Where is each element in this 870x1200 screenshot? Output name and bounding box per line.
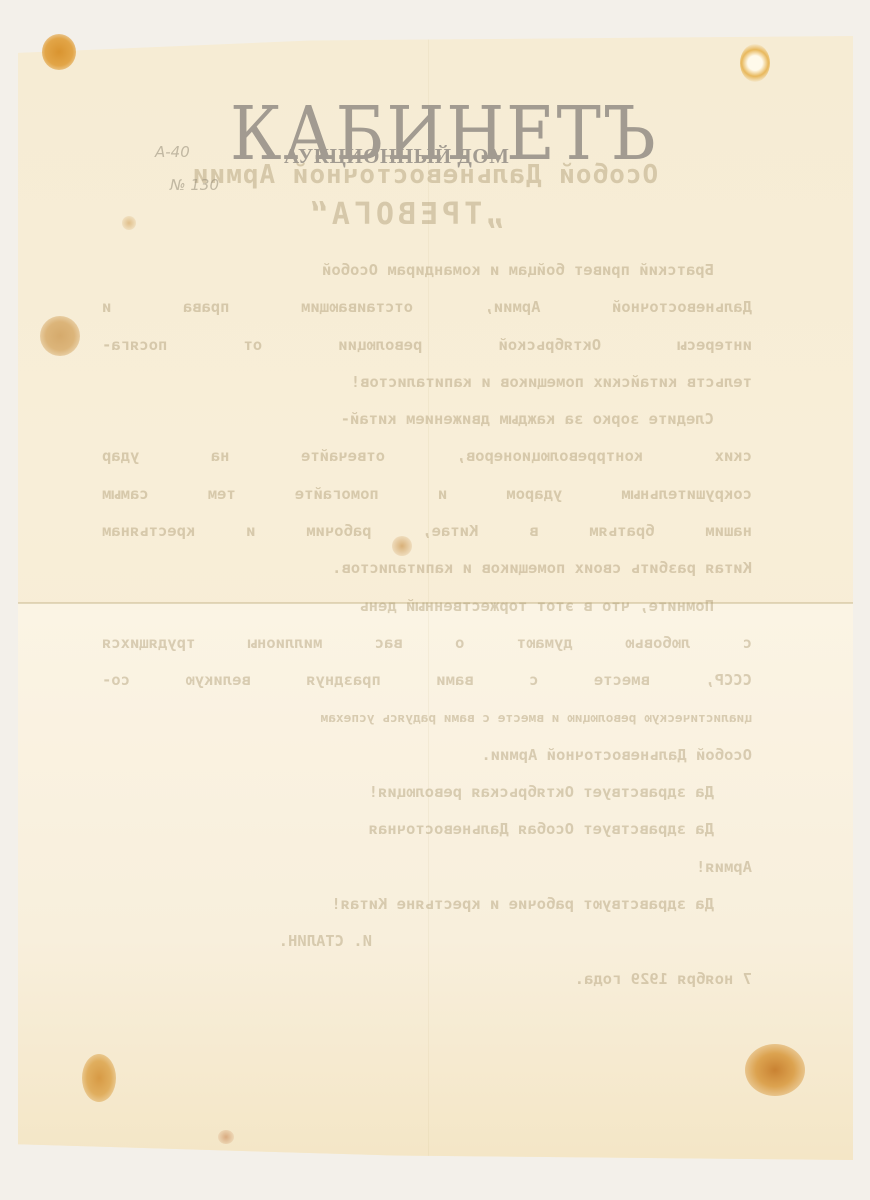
body-line: Армия! <box>102 849 752 886</box>
body-line: нашим братьям в Китае, рабочим и крестья… <box>102 513 752 550</box>
pencil-note-number: № 130 <box>170 176 219 194</box>
body-line: Следите зорко за каждым движением китай- <box>102 401 752 438</box>
body-line: Да здравствует Особая Дальневосточная <box>102 811 752 848</box>
body-line: с любовью думают о вас миллионы трудящих… <box>102 625 752 662</box>
body-line: Да здравствуют рабочие и крестьяне Китая… <box>102 886 752 923</box>
body-line: ских контрреволюционеров, отвечайте на у… <box>102 438 752 475</box>
body-line: циалистическую революцию и вместе с вами… <box>102 700 752 737</box>
body-line: интересы Октябрьской революции от посяга… <box>102 327 752 364</box>
body-line: Да здравствует Октябрьская революция! <box>102 774 752 811</box>
body-line: Помните, что в этот торжественный день <box>102 588 752 625</box>
watermark-subtitle: АУКЦИОННЫЙ ДОМ <box>284 144 509 169</box>
auction-watermark: КАБИНЕТЪ АУКЦИОННЫЙ ДОМ <box>230 96 640 172</box>
body-line: тельств китайских помещиков и капиталист… <box>102 364 752 401</box>
document-body: Братский привет бойцам и командирам Особ… <box>102 252 752 998</box>
body-line: Особой Дальневосточной Армии. <box>102 737 752 774</box>
body-line: сокрушительным ударом и помогайте тем са… <box>102 476 752 513</box>
date-line: 7 ноября 1929 года. <box>102 961 752 998</box>
body-line: СССР, вместе с вами празднуя великую со- <box>102 662 752 699</box>
body-line: Дальневосточной Армии, отстаивающим прав… <box>102 289 752 326</box>
body-line: Китая разбить своих помещиков и капитали… <box>102 550 752 587</box>
document-title-line-2: „ТРЕВОГА“ <box>0 197 840 232</box>
pencil-note-inventory: А-40 <box>155 143 190 161</box>
bleed-through-text: Особой Дальневосточной Армии „ТРЕВОГА“ Б… <box>0 0 870 1200</box>
signature: И. СТАЛИН. <box>102 923 752 960</box>
body-line: Братский привет бойцам и командирам Особ… <box>102 252 752 289</box>
